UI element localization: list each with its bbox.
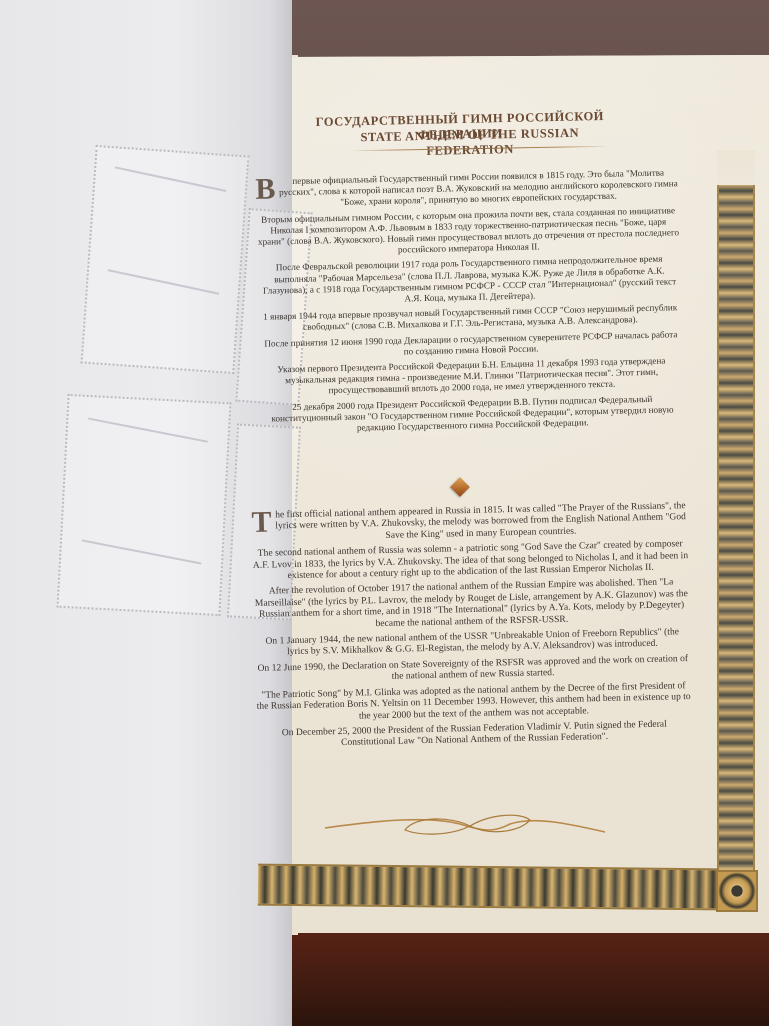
stamp-outline (57, 394, 232, 616)
paragraph: 25 декабря 2000 года Президент Российско… (260, 393, 685, 436)
ornamental-border-bottom (258, 864, 718, 911)
paragraph: После Февральской революции 1917 года ро… (257, 254, 682, 308)
drop-cap: В (255, 176, 276, 202)
drop-cap: T (251, 510, 272, 536)
table-edge (240, 925, 769, 1026)
paragraph: Вторым официальным гимном России, с кото… (256, 205, 681, 259)
translucent-stamp-sheet (0, 0, 292, 1026)
paragraph: After the revolution of October 1917 the… (253, 577, 690, 633)
title-english: STATE ANTHEM OF THE RUSSIAN FEDERATION (320, 125, 621, 161)
paragraph: The second national anthem of Russia was… (252, 538, 689, 582)
stamp-outline (81, 145, 250, 374)
english-text: The first official national anthem appea… (251, 500, 692, 755)
russian-text: Впервые официальный Государственный гимн… (255, 167, 685, 440)
border-corner-rosette-icon (716, 870, 758, 912)
paragraph: "The Patriotic Song" by M.I. Glinka was … (255, 680, 692, 724)
ornamental-border-right (717, 185, 755, 885)
paragraph: Указом первого Президента Российской Фед… (259, 355, 684, 398)
flourish-ornament-icon (320, 810, 610, 840)
paragraph: On December 25, 2000 the President of th… (256, 718, 692, 751)
